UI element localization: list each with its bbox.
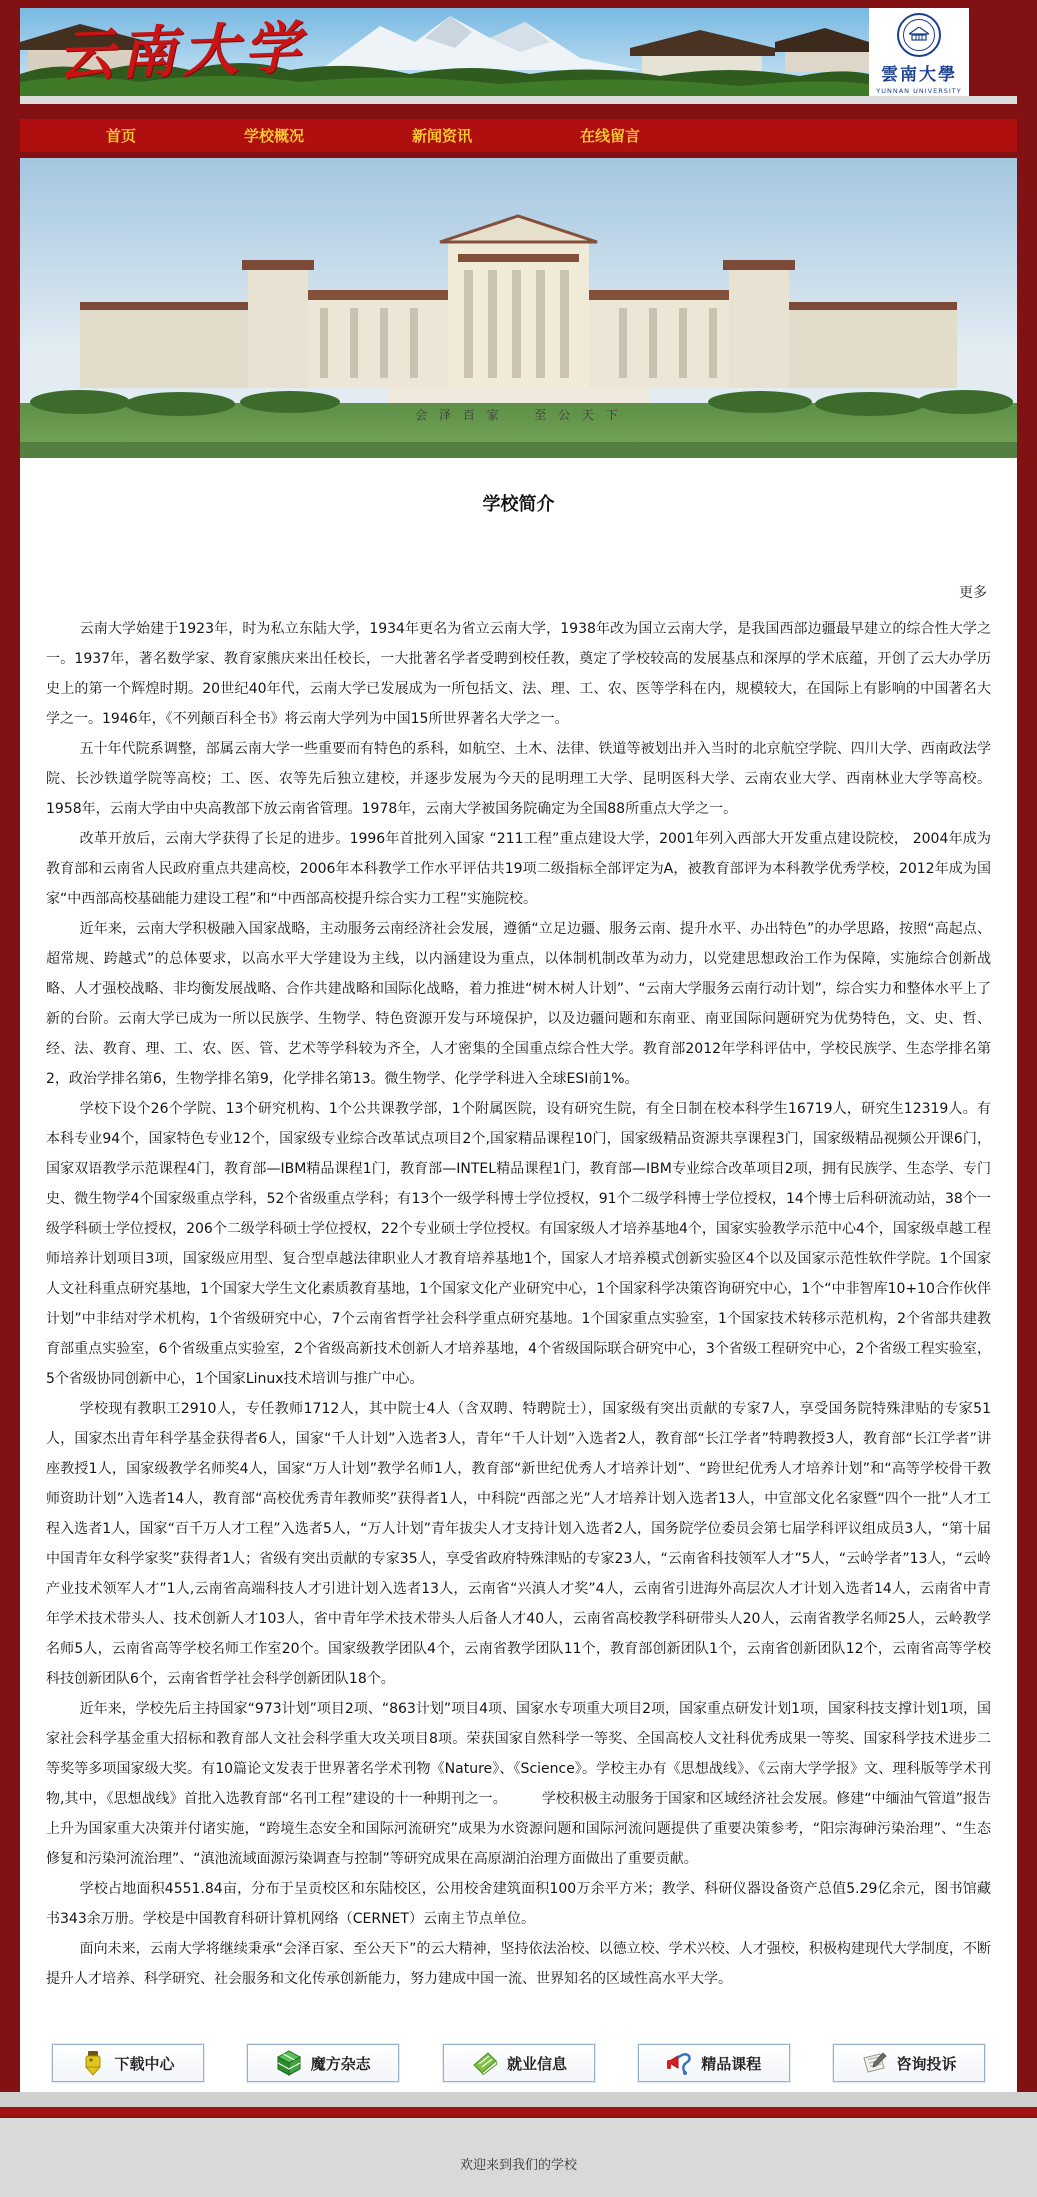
- employment-info-button[interactable]: 就业信息: [443, 2044, 595, 2082]
- quick-links-row: 下载中心 魔方杂志: [46, 2044, 991, 2082]
- magic-cube-magazine-button[interactable]: 魔方杂志: [247, 2044, 399, 2082]
- book-icon: [470, 2051, 498, 2075]
- quick-link-label: 精品课程: [701, 2053, 761, 2074]
- intro-paragraph: 学校占地面积4551.84亩，分布于呈贡校区和东陆校区，公用校舍建筑面积100万…: [46, 1874, 991, 1934]
- intro-paragraph: 学校现有教职工2910人，专任教师1712人，其中院士4人（含双聘、特聘院士），…: [46, 1394, 991, 1694]
- intro-paragraph: 五十年代院系调整，部属云南大学一些重要而有特色的系科，如航空、土木、法律、铁道等…: [46, 734, 991, 824]
- more-link[interactable]: 更多: [959, 585, 987, 601]
- nav-item-news[interactable]: 新闻资讯: [412, 125, 472, 146]
- intro-paragraph: 改革开放后，云南大学获得了长足的进步。1996年首批列入国家 “211工程”重点…: [46, 824, 991, 914]
- quick-link-label: 就业信息: [507, 2053, 567, 2074]
- banner-photo: 云南大学: [20, 8, 869, 96]
- building-inscription: 会 泽 百 家 至 公 天 下: [20, 406, 1017, 423]
- university-logo: 雲南大學 YUNNAN UNIVERSITY: [869, 8, 969, 96]
- university-seal-icon: [897, 13, 941, 57]
- footer-red-bar: [0, 2107, 1037, 2118]
- more-row: 更多: [46, 582, 991, 602]
- download-icon: [81, 2050, 105, 2076]
- top-banner: 云南大学 雲南大學 YUNNAN UNIVERSITY: [20, 8, 1017, 96]
- intro-paragraph: 近年来，云南大学积极融入国家战略，主动服务云南经济社会发展，遵循“立足边疆、服务…: [46, 914, 991, 1094]
- page-footer: 欢迎来到我们的学校: [0, 2118, 1037, 2197]
- nav-section: 首页 学校概况 新闻资讯 在线留言: [20, 104, 1017, 158]
- banner-divider-strip: [20, 96, 1017, 104]
- feedback-icon: [861, 2050, 887, 2076]
- nav-item-school-overview[interactable]: 学校概况: [244, 125, 304, 146]
- intro-paragraph: 面向未来，云南大学将继续秉承“会泽百家、至公天下”的云大精神，坚持依法治校、以德…: [46, 1934, 991, 1994]
- logo-name-en: YUNNAN UNIVERSITY: [876, 87, 961, 95]
- seal-building-glyph: [909, 27, 929, 43]
- cube-icon: [276, 2050, 302, 2076]
- nav-item-online-message[interactable]: 在线留言: [580, 125, 640, 146]
- site-wrapper: 云南大学 雲南大學 YUNNAN UNIVERSITY: [0, 0, 1037, 2092]
- school-name-calligraphy: 云南大学: [57, 10, 308, 95]
- course-icon: [666, 2050, 692, 2076]
- quick-link-label: 魔方杂志: [311, 2053, 371, 2074]
- main-navbar: 首页 学校概况 新闻资讯 在线留言: [20, 119, 1017, 152]
- quality-courses-button[interactable]: 精品课程: [638, 2044, 790, 2082]
- intro-paragraph: 学校下设个26个学院、13个研究机构、1个公共课教学部，1个附属医院，设有研究生…: [46, 1094, 991, 1394]
- footer-welcome-text: 欢迎来到我们的学校: [0, 2154, 1037, 2173]
- nav-item-home[interactable]: 首页: [106, 125, 136, 146]
- quick-link-label: 下载中心: [114, 2053, 174, 2074]
- campus-building-photo: 会 泽 百 家 至 公 天 下: [20, 158, 1017, 458]
- consult-complaint-button[interactable]: 咨询投诉: [833, 2044, 985, 2082]
- bottom-gap: [0, 2092, 1037, 2107]
- intro-paragraph: 近年来，学校先后主持国家“973计划”项目2项、“863计划”项目4项、国家水专…: [46, 1694, 991, 1874]
- page-title: 学校简介: [46, 458, 991, 516]
- main-content: 学校简介 更多 云南大学始建于1923年，时为私立东陆大学，1934年更名为省立…: [20, 458, 1017, 2092]
- download-center-button[interactable]: 下载中心: [52, 2044, 204, 2082]
- logo-name-zh: 雲南大學: [881, 60, 957, 85]
- intro-paragraph: 云南大学始建于1923年，时为私立东陆大学，1934年更名为省立云南大学，193…: [46, 614, 991, 734]
- school-introduction-text: 云南大学始建于1923年，时为私立东陆大学，1934年更名为省立云南大学，193…: [46, 614, 991, 1994]
- quick-link-label: 咨询投诉: [896, 2053, 956, 2074]
